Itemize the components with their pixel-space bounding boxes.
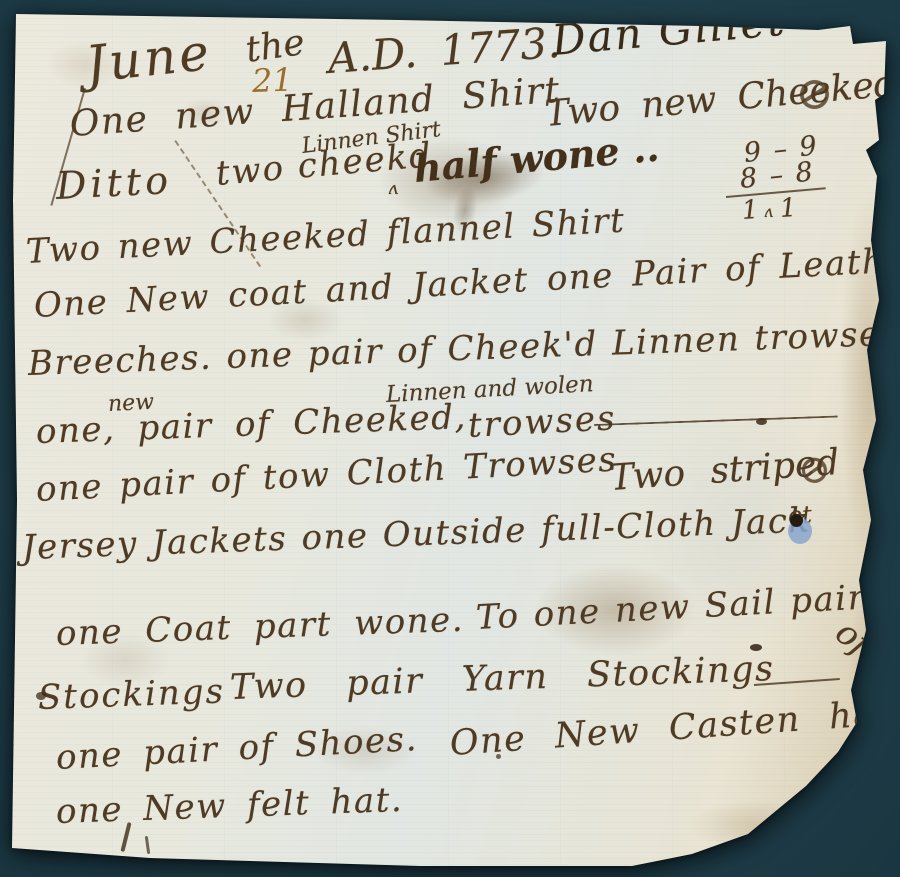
- photo-background: June the 21 A.D. 1773. Dan Gillet ⊘ ⊘ On…: [0, 0, 900, 877]
- line-trowses: trowses: [467, 398, 617, 446]
- line-stockings: Stockings: [37, 671, 225, 718]
- line-casten-hat: One New Casten hat: [449, 693, 893, 764]
- insertion-et: et: [787, 500, 813, 530]
- line-felt-hat: one New felt hat.: [55, 780, 403, 832]
- caret-mark: ʌ: [388, 178, 398, 199]
- line-jersey-jackets-cloth-jack: Jersey Jackets one Outside full-Cloth Ja…: [21, 500, 811, 568]
- line-half-wone: half wone ..: [412, 125, 661, 191]
- manuscript-paper: June the 21 A.D. 1773. Dan Gillet ⊘ ⊘ On…: [0, 0, 900, 877]
- line-coat-part-wone: one Coat part wone.: [55, 600, 464, 654]
- owner-name: Dan Gillet: [550, 0, 788, 65]
- line-of: of: [828, 612, 879, 664]
- tally-row-3-left: 1: [741, 195, 760, 226]
- line-ditto: Ditto: [55, 158, 173, 208]
- line-new-sail-pair: To one new Sail pair: [475, 578, 866, 638]
- line-pair-of-shoes: one pair of Shoes.: [55, 719, 419, 778]
- ink-dash: [594, 415, 838, 426]
- tally-caret-mark: ʌ: [764, 202, 773, 221]
- line-yarn-stockings: Two pair Yarn Stockings: [229, 649, 775, 708]
- ink-speck: [145, 836, 150, 854]
- line-breeches-linnen-trowses: Breeches. one pair of Cheek'd Linnen tro…: [27, 314, 900, 384]
- line-tow-cloth-trowses: one pair of tow Cloth Trowses: [35, 440, 618, 510]
- line-two-new-cheeked: Two new Cheeked: [543, 63, 898, 135]
- tally-row-2: 8 – 8: [738, 156, 814, 194]
- tally-row-3-right: 1: [779, 193, 798, 224]
- date-month: June: [83, 23, 214, 94]
- ink-dash-blob: [756, 418, 767, 425]
